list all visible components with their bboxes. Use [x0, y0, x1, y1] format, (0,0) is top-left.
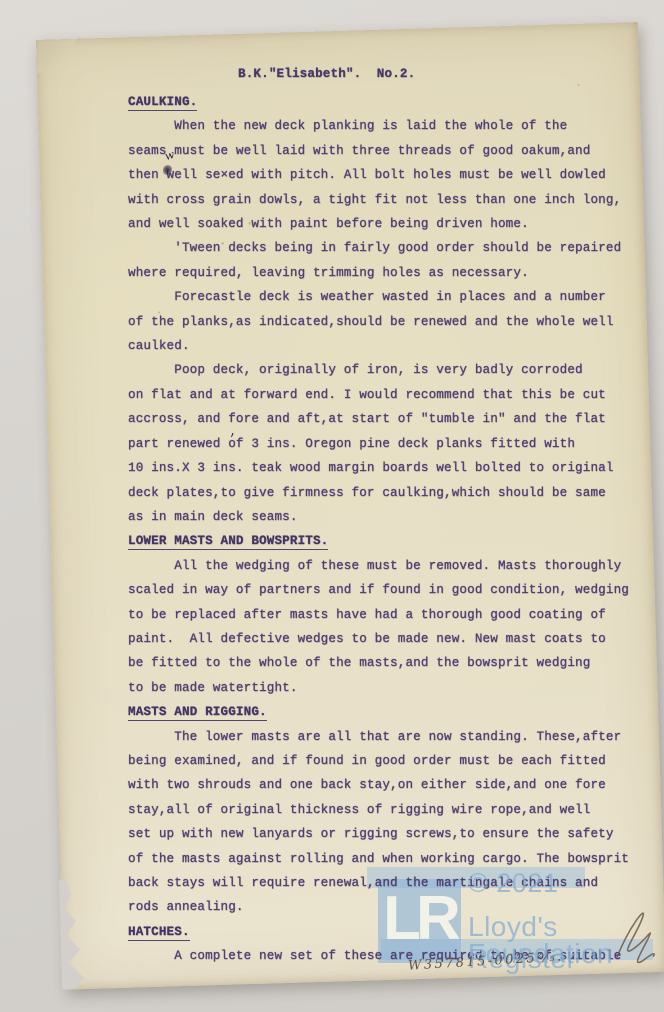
text-line: of the masts against rolling and when wo…: [128, 847, 640, 871]
text-line: on flat and at forward end. I would reco…: [128, 383, 640, 407]
text-line: of the planks,as indicated,should be ren…: [128, 310, 640, 334]
corner-fold: [36, 39, 81, 78]
watermark-copyright: © 2021: [468, 868, 558, 899]
text-line: be fitted to the whole of the masts,and …: [128, 651, 640, 675]
section-heading-text: CAULKING.: [128, 95, 197, 111]
text-line: accross, and fore and aft,at start of "t…: [128, 407, 640, 431]
text-line: set up with new lanyards or rigging scre…: [128, 822, 640, 846]
text-line: All the wedging of these must be removed…: [128, 554, 640, 578]
text-line: deck plates,to give firmness for caulkin…: [128, 481, 640, 505]
text-line: with two shrouds and one back stay,on ei…: [128, 773, 640, 797]
text-line: caulked.: [128, 334, 640, 358]
section-heading-text: LOWER MASTS AND BOWSPRITS.: [128, 534, 328, 550]
text-line: with cross grain dowls, a tight fit not …: [128, 188, 640, 212]
text-line: stay,all of original thickness of riggin…: [128, 798, 640, 822]
text-line: seams must be well laid with three threa…: [128, 139, 640, 163]
pencil-flourish: [607, 895, 664, 980]
text-line: Poop deck, originally of iron, is very b…: [128, 358, 640, 382]
text-line: then well se×ed with pitch. All bolt hol…: [128, 163, 640, 187]
text-line: When the new deck planking is laid the w…: [128, 114, 640, 138]
torn-corner: [59, 879, 84, 990]
text-line: scaled in way of partners and if found i…: [128, 578, 640, 602]
photographed-document-scene: LR B.K."Elisabeth". No.2.CAULKING. When …: [0, 0, 664, 1012]
section-heading: MASTS AND RIGGING.: [128, 700, 640, 724]
text-line: and well soaked with paint before being …: [128, 212, 640, 236]
text-line: being examined, and if found in good ord…: [128, 749, 640, 773]
text-line: paint. All defective wedges to be made n…: [128, 627, 640, 651]
text-line: to be made watertight.: [128, 676, 640, 700]
text-line: where required, leaving trimming holes a…: [128, 261, 640, 285]
text-line: 10 ins.X 3 ins. teak wood margin boards …: [128, 456, 640, 480]
text-line: part renewed of 3 ins. Oregon pine deck …: [128, 432, 640, 456]
document-title: B.K."Elisabeth". No.2.: [128, 58, 640, 90]
text-line: The lower masts are all that are now sta…: [128, 725, 640, 749]
text-line: as in main deck seams.: [128, 505, 640, 529]
section-heading: CAULKING.: [128, 90, 640, 114]
text-line: to be replaced after masts have had a th…: [128, 603, 640, 627]
typewritten-text: B.K."Elisabeth". No.2.CAULKING. When the…: [128, 58, 640, 969]
text-line: Forecastle deck is weather wasted in pla…: [128, 285, 640, 309]
section-heading-text: MASTS AND RIGGING.: [128, 705, 267, 721]
section-heading-text: HATCHES.: [128, 925, 190, 941]
section-heading: LOWER MASTS AND BOWSPRITS.: [128, 529, 640, 553]
text-line: 'Tween decks being in fairly good order …: [128, 236, 640, 260]
text-line: back stays will require renewal,and the …: [128, 871, 640, 895]
